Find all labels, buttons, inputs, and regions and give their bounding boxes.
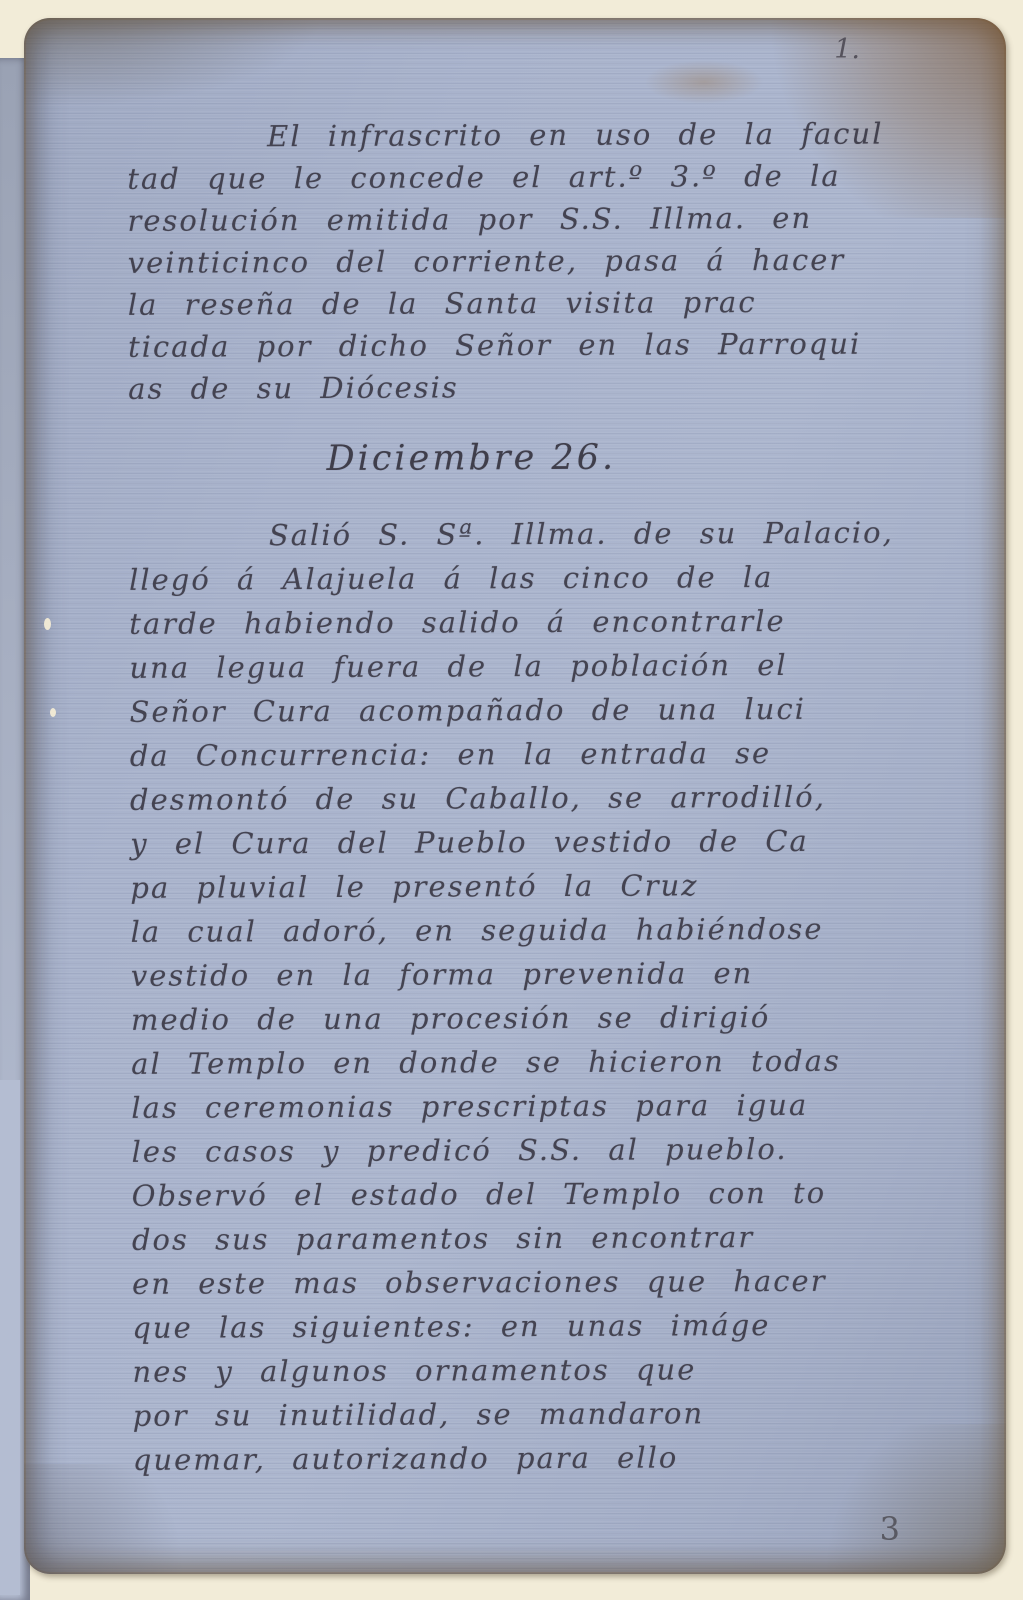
manuscript-line: al Templo en donde se hicieron todas — [131, 1038, 973, 1086]
date-heading: Diciembre 26. — [326, 436, 970, 479]
manuscript-line: en este mas observaciones que hacer — [132, 1258, 974, 1306]
manuscript-line: llegó á Alajuela á las cinco de la — [129, 554, 971, 602]
manuscript-line: una legua fuera de la población el — [129, 642, 971, 690]
manuscript-line: tarde habiendo salido á encontrarle — [129, 598, 971, 646]
manuscript-line: vestido en la forma prevenida en — [131, 950, 973, 998]
ink-smudge-stain — [644, 60, 764, 104]
paragraph-2: Salió S. Sª. Illma. de su Palacio,llegó … — [129, 510, 975, 1482]
photo-of-manuscript: { "document": { "language": "Spanish", "… — [0, 0, 1023, 1600]
manuscript-line: que las siguientes: en unas imáge — [132, 1302, 974, 1350]
page-number-bottom: 3 — [880, 1510, 900, 1548]
manuscript-line: desmontó de su Caballo, se arrodilló, — [130, 774, 972, 822]
manuscript-line: Señor Cura acompañado de una luci — [130, 686, 972, 734]
manuscript-line: quemar, autorizando para ello — [133, 1434, 975, 1482]
underlying-sheet-edge-bottom — [0, 1080, 20, 1595]
manuscript-text: El infrascrito en uso de la facultad que… — [127, 112, 975, 1482]
manuscript-line: la cual adoró, en seguida habiéndose — [130, 906, 972, 954]
manuscript-line: veinticinco del corriente, pasa á hacer — [128, 238, 970, 284]
manuscript-line: as de su Diócesis — [128, 364, 970, 410]
manuscript-line: medio de una procesión se dirigió — [131, 994, 973, 1042]
manuscript-line: les casos y predicó S.S. al pueblo. — [131, 1126, 973, 1174]
manuscript-line: la reseña de la Santa visita prac — [128, 280, 970, 326]
manuscript-line: tad que le concede el art.º 3.º de la — [127, 154, 969, 200]
manuscript-line: resolución emitida por S.S. Illma. en — [127, 196, 969, 242]
manuscript-line: da Concurrencia: en la entrada se — [130, 730, 972, 778]
page-number-top: 1. — [834, 34, 860, 65]
manuscript-line: por su inutilidad, se mandaron — [133, 1390, 975, 1438]
manuscript-line: dos sus paramentos sin encontrar — [132, 1214, 974, 1262]
manuscript-line: El infrascrito en uso de la facul — [127, 112, 969, 158]
paragraph-1: El infrascrito en uso de la facultad que… — [127, 112, 970, 410]
manuscript-line: ticada por dicho Señor en las Parroqui — [128, 322, 970, 368]
manuscript-line: Observó el estado del Templo con to — [132, 1170, 974, 1218]
manuscript-line: las ceremonias prescriptas para igua — [131, 1082, 973, 1130]
manuscript-page: 1. El infrascrito en uso de la facultad … — [24, 18, 1006, 1574]
worn-corner-top-left — [24, 18, 324, 108]
manuscript-line: Salió S. Sª. Illma. de su Palacio, — [129, 510, 971, 558]
paper-chip — [44, 618, 51, 630]
manuscript-line: y el Cura del Pueblo vestido de Ca — [130, 818, 972, 866]
manuscript-line: pa pluvial le presentó la Cruz — [130, 862, 972, 910]
paper-chip — [50, 708, 56, 717]
manuscript-line: nes y algunos ornamentos que — [132, 1346, 974, 1394]
